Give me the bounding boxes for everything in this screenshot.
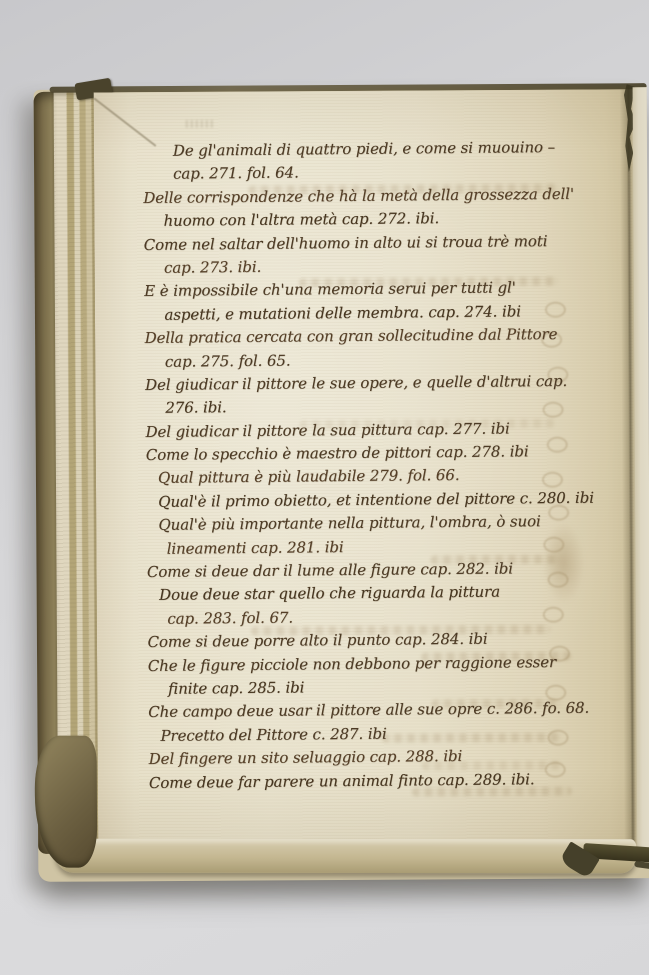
- corner-crease: [93, 98, 156, 147]
- manuscript-line: Come deue far parere un animal finto cap…: [105, 769, 629, 797]
- manuscript-text: De gl'animali di quattro piedi, e come s…: [99, 137, 629, 797]
- faint-margin-mark: [186, 120, 216, 128]
- binding-strap-tail: [634, 861, 649, 870]
- photo-backdrop: De gl'animali di quattro piedi, e come s…: [0, 0, 649, 975]
- manuscript-book: De gl'animali di quattro piedi, e come s…: [34, 86, 649, 882]
- page-edge-bottom: [54, 839, 636, 874]
- manuscript-page: De gl'animali di quattro piedi, e come s…: [94, 89, 637, 848]
